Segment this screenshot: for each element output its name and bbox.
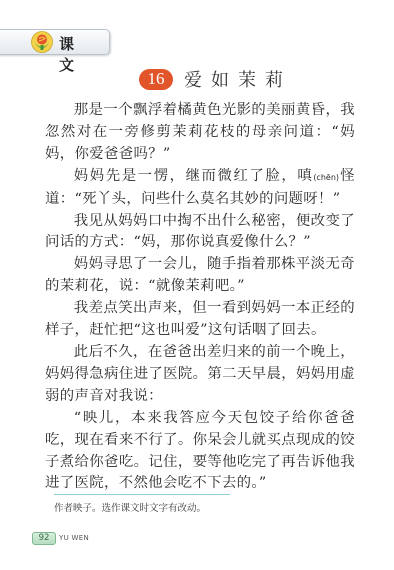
paragraph: 我差点笑出声来，但一看到妈妈一本正经的样子，赶忙把“这也叫爱”这句话咽了回去。 <box>45 298 355 342</box>
paragraph: 妈妈先是一愣，继而微红了脸，嗔(chēn)怪道：“死丫头，问些什么莫名其妙的问题… <box>45 166 355 211</box>
page-number-badge: 92 <box>32 532 56 545</box>
paragraph: 我见从妈妈口中掏不出什么秘密，便改变了问话的方式：“妈，那你说真爱像什么？” <box>45 211 355 255</box>
paragraph: 此后不久，在爸爸出差归来的前一个晚上，妈妈得急病住进了医院。第二天早晨，妈妈用虚… <box>45 342 355 408</box>
lesson-title: 爱如茉莉 <box>184 66 292 92</box>
footnote: 作者映子。选作课文时文字有改动。 <box>54 500 206 514</box>
paragraph: 妈妈寻思了一会儿，随手指着那株平淡无奇的茉莉花，说：“就像茉莉吧。” <box>45 254 355 298</box>
section-label: 课 文 <box>59 33 109 75</box>
lesson-heading: 16 爱如茉莉 <box>139 66 292 92</box>
paragraph: “映儿，本来我答应今天包饺子给你爸爸吃，现在看来不行了。你呆会儿就买点现成的饺子… <box>45 408 355 496</box>
paragraph-text: 妈妈先是一愣，继而微红了脸，嗔 <box>74 168 314 184</box>
flower-emblem-icon <box>31 31 53 53</box>
lesson-number-badge: 16 <box>139 69 173 90</box>
book-name: YU WEN <box>59 534 89 542</box>
lesson-body: 那是一个飘浮着橘黄色光影的美丽黄昏，我忽然对在一旁修剪茉莉花枝的母亲问道：“妈妈… <box>45 100 355 495</box>
footnote-divider <box>54 494 230 495</box>
section-tab: 课 文 <box>0 29 110 55</box>
paragraph: 那是一个飘浮着橘黄色光影的美丽黄昏，我忽然对在一旁修剪茉莉花枝的母亲问道：“妈妈… <box>45 100 355 166</box>
pinyin-annotation: (chēn) <box>313 173 339 182</box>
